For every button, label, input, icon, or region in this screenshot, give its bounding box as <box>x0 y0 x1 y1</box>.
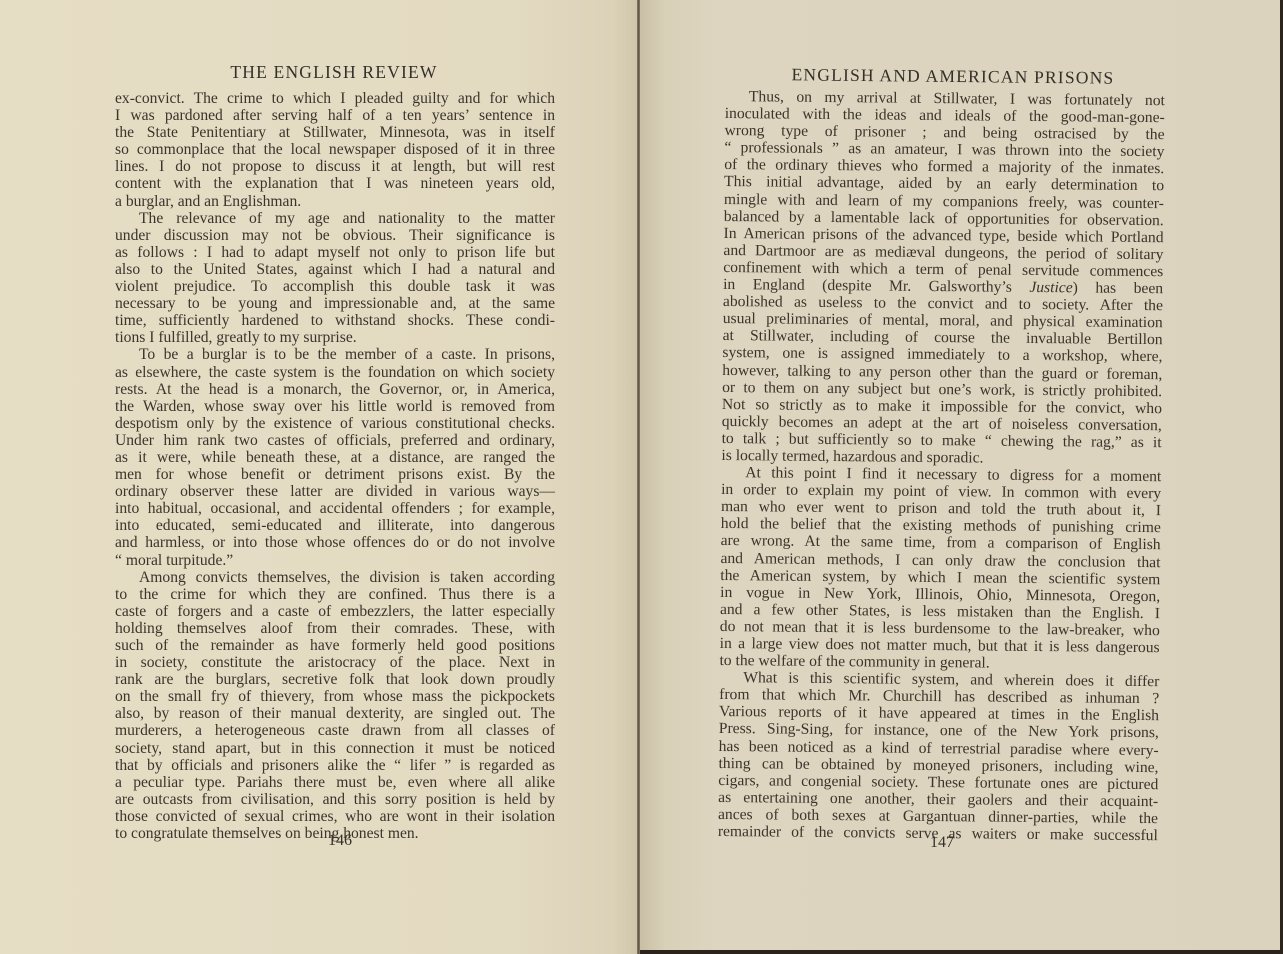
text-line: to the crime for which they are confined… <box>115 586 555 603</box>
text-line: ex-convict. The crime to which I pleaded… <box>115 90 555 107</box>
text-line: Under him rank two castes of officials, … <box>115 432 555 449</box>
text-line: into habitual, occasional, and accidenta… <box>115 500 555 517</box>
text-line: holding themselves aloof from their comr… <box>115 620 555 637</box>
text-line: are outcasts from civilisation, and this… <box>115 791 555 808</box>
text-line: a peculiar type. Pariahs there must be, … <box>115 774 555 791</box>
text-line: tions I fulfilled, greatly to my surpris… <box>115 329 555 346</box>
text-line: as elsewhere, the caste system is the fo… <box>115 364 555 381</box>
text-line: content with the explanation that I was … <box>115 175 555 192</box>
book-spread: THE ENGLISH REVIEW ex-convict. The crime… <box>0 0 1283 954</box>
text-line: and harmless, or into those whose offenc… <box>115 534 555 551</box>
right-page: ENGLISH AND AMERICAN PRISONS Thus, on my… <box>640 0 1283 954</box>
text-line: on the small fry of thievery, from whose… <box>115 688 555 705</box>
text-line: as it were, while beneath these, at a di… <box>115 449 555 466</box>
text-line: lines. I do not propose to discuss it at… <box>115 158 555 175</box>
text-line: the State Penitentiary at Stillwater, Mi… <box>115 124 555 141</box>
text-line: The relevance of my age and nationality … <box>115 210 555 227</box>
text-line: men for whose benefit or detriment priso… <box>115 466 555 483</box>
text-line: as follows : I had to adapt myself not o… <box>115 244 555 261</box>
text-line: “ moral turpitude.” <box>115 552 555 569</box>
text-line: Among convicts themselves, the division … <box>115 569 555 586</box>
text-line: violent prejudice. To accomplish this do… <box>115 278 555 295</box>
right-page-body: Thus, on my arrival at Stillwater, I was… <box>718 88 1165 844</box>
text-line: such of the remainder as have formerly h… <box>115 637 555 654</box>
text-line: those convicted of sexual crimes, who ar… <box>115 808 555 825</box>
page-number-left: 146 <box>310 832 370 850</box>
text-line: despotism only by the existence of vario… <box>115 415 555 432</box>
text-line: into educated, semi-educated and illiter… <box>115 517 555 534</box>
text-line: so commonplace that the local newspaper … <box>115 141 555 158</box>
text-line: in society, constitute the aristocracy o… <box>115 654 555 671</box>
text-line: ordinary observer these latter are divid… <box>115 483 555 500</box>
left-page-body: ex-convict. The crime to which I pleaded… <box>115 90 555 842</box>
text-line: that by officials and prisoners alike th… <box>115 757 555 774</box>
text-line: rests. At the head is a monarch, the Gov… <box>115 381 555 398</box>
left-page: THE ENGLISH REVIEW ex-convict. The crime… <box>0 0 638 954</box>
text-line: a burglar, and an Englishman. <box>115 193 555 210</box>
running-head-right: ENGLISH AND AMERICAN PRISONS <box>718 64 1188 90</box>
running-head-left: THE ENGLISH REVIEW <box>110 62 558 83</box>
text-line: To be a burglar is to be the member of a… <box>115 346 555 363</box>
text-line: the Warden, whose sway over his little w… <box>115 398 555 415</box>
page-number-right: 147 <box>912 834 972 852</box>
text-line: necessary to be young and impressionable… <box>115 295 555 312</box>
text-line: under discussion may not be obvious. The… <box>115 227 555 244</box>
text-line: caste of forgers and a caste of embezzle… <box>115 603 555 620</box>
text-line: society, stand apart, but in this connec… <box>115 740 555 757</box>
text-line: I was pardoned after serving half of a t… <box>115 107 555 124</box>
text-line: murderers, a heterogeneous caste drawn f… <box>115 722 555 739</box>
text-line: time, sufficiently hardened to withstand… <box>115 312 555 329</box>
text-line: also, by reason of their manual dexterit… <box>115 705 555 722</box>
text-line: rank are the burglars, secretive folk th… <box>115 671 555 688</box>
text-line: also to the United States, against which… <box>115 261 555 278</box>
